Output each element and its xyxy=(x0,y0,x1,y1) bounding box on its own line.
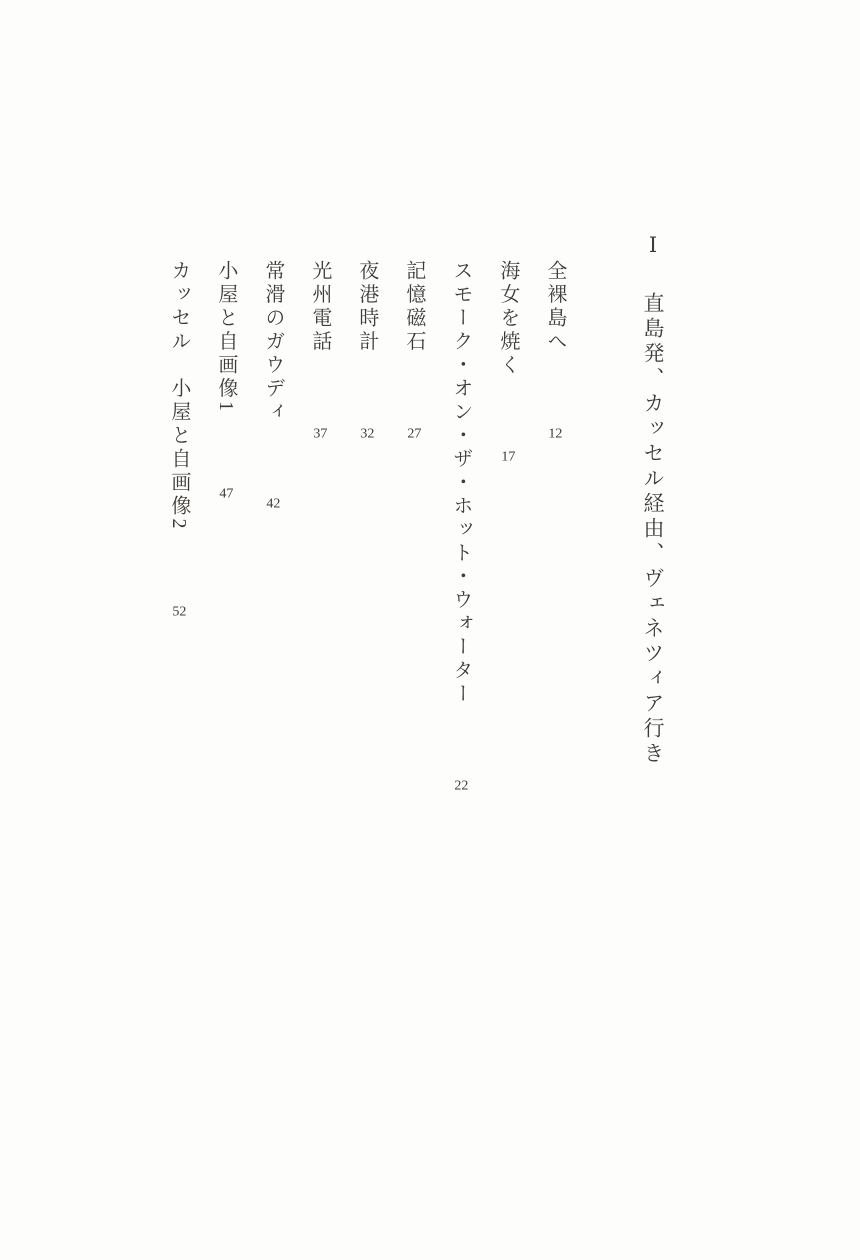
toc-entry: 全裸島へ 12 xyxy=(544,233,566,793)
section-title: 直島発、カッセル経由、ヴェネツィア行き xyxy=(641,292,665,767)
toc-entry-title: 小屋と自画像1 xyxy=(215,260,237,415)
toc-entry: 記憶磁石 27 xyxy=(403,233,425,793)
toc-entry-page-number: 52 xyxy=(172,605,187,619)
toc-entry-list: 全裸島へ 12 海女を焼く 17 スモーク・オン・ザ・ホット・ウォーター 22 … xyxy=(168,233,566,793)
toc-entry-page-number: 12 xyxy=(548,427,563,441)
toc-entry-title: 全裸島へ xyxy=(544,260,566,354)
toc-entry: 常滑のガウディ 42 xyxy=(262,233,284,793)
toc-entry-title: カッセル 小屋と自画像2 xyxy=(168,260,190,532)
toc-entry-page-number: 22 xyxy=(454,779,469,793)
toc-entry-title: 光州電話 xyxy=(309,260,331,354)
toc-entry-title: スモーク・オン・ザ・ホット・ウォーター xyxy=(450,260,472,707)
section-heading: Ⅰ 直島発、カッセル経由、ヴェネツィア行き xyxy=(641,233,664,793)
toc-entry-title: 常滑のガウディ xyxy=(262,260,284,425)
toc-entry-title: 海女を焼く xyxy=(497,260,519,378)
toc-entry: 光州電話 37 xyxy=(309,233,331,793)
toc-entry: 小屋と自画像1 47 xyxy=(215,233,237,793)
toc-entry: 海女を焼く 17 xyxy=(497,233,519,793)
toc-entry-title: 夜港時計 xyxy=(356,260,378,354)
table-of-contents: Ⅰ 直島発、カッセル経由、ヴェネツィア行き 全裸島へ 12 海女を焼く 17 ス… xyxy=(143,233,664,793)
toc-entry: 夜港時計 32 xyxy=(356,233,378,793)
toc-entry: スモーク・オン・ザ・ホット・ウォーター 22 xyxy=(450,233,472,793)
toc-entry-page-number: 37 xyxy=(313,427,328,441)
book-toc-page: { "page": { "background_color": "#fdfdfc… xyxy=(0,0,860,1260)
toc-entry-title: 記憶磁石 xyxy=(403,260,425,354)
toc-entry: カッセル 小屋と自画像2 52 xyxy=(168,233,190,793)
toc-entry-page-number: 42 xyxy=(266,497,281,511)
toc-entry-page-number: 27 xyxy=(407,427,422,441)
toc-entry-page-number: 47 xyxy=(219,487,234,501)
section-number: Ⅰ xyxy=(641,233,665,261)
toc-entry-page-number: 32 xyxy=(360,427,375,441)
toc-entry-page-number: 17 xyxy=(501,450,516,464)
